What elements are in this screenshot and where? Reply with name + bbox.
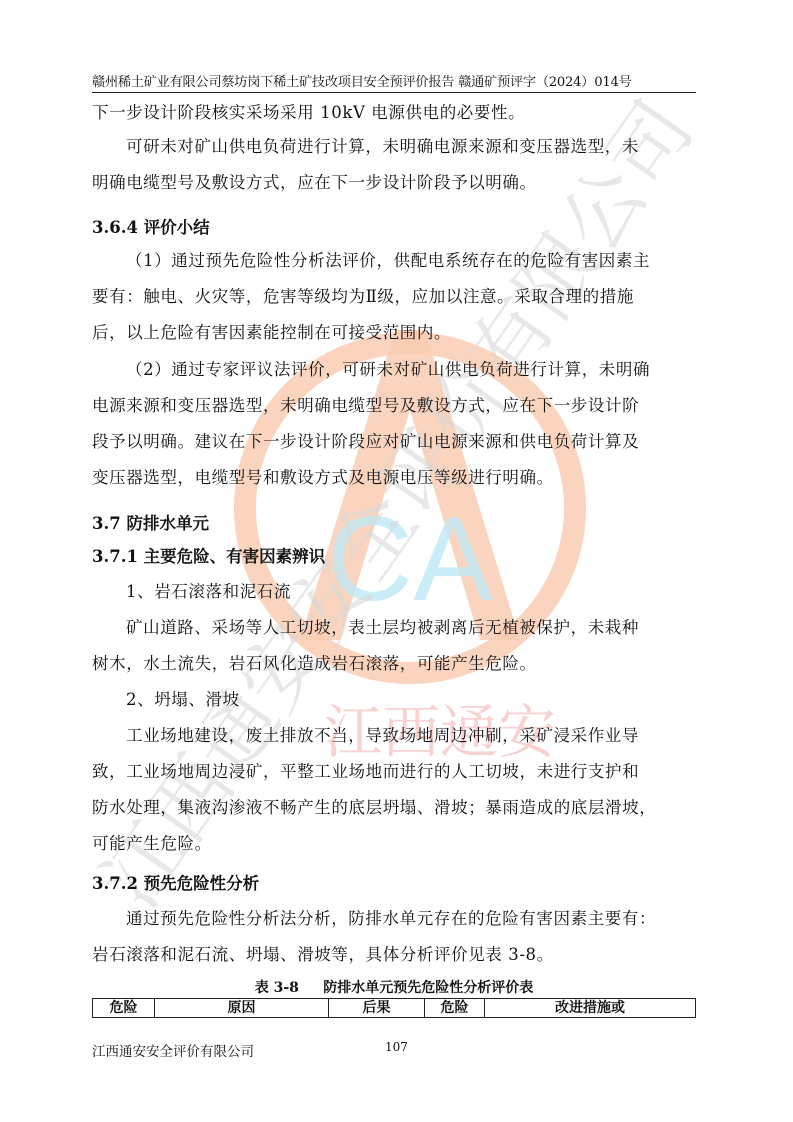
footer-company: 江西通安安全评价有限公司 (92, 1040, 254, 1060)
summary-item-1: 后，以上危险有害因素能控制在可接受范围内。 (92, 319, 451, 343)
paragraph-line: 岩石滚落和泥石流、坍塌、滑坡等，具体分析评价见表 3-8。 (92, 941, 554, 965)
section-heading-3-6-4: 3.6.4 评价小结 (92, 214, 210, 238)
table-caption: 表 3-8 防排水单元预先危险性分析评价表 (92, 977, 696, 997)
document-page: 赣州稀土矿业有限公司蔡坊岗下稀土矿技改项目安全预评价报告 赣通矿预评字（2024… (0, 0, 793, 1122)
page-number: 107 (385, 1040, 408, 1054)
table-header-row: 危险 原因 后果 危险 改进措施或 (93, 999, 696, 1018)
section-heading-3-7: 3.7 防排水单元 (92, 510, 209, 534)
paragraph-line: 下一步设计阶段核实采场采用 10kV 电源供电的必要性。 (92, 99, 525, 123)
paragraph-line: 防水处理，集液沟渗液不畅产生的底层坍塌、滑坡；暴雨造成的底层滑坡， (92, 794, 656, 818)
column-header-cause: 原因 (155, 999, 329, 1018)
section-heading-3-7-1: 3.7.1 主要危险、有害因素辨识 (92, 543, 325, 567)
paragraph-line: 明确电缆型号及敷设方式，应在下一步设计阶段予以明确。 (92, 169, 537, 193)
paragraph-line: 致，工业场地周边浸矿，平整工业场地而进行的人工切坡，未进行支护和 (92, 758, 639, 782)
running-header: 赣州稀土矿业有限公司蔡坊岗下稀土矿技改项目安全预评价报告 赣通矿预评字（2024… (92, 74, 696, 93)
column-header-measures: 改进措施或 (485, 999, 696, 1018)
hazard-title-2: 2、坍塌、滑坡 (126, 686, 240, 710)
paragraph-line: 可能产生危险。 (92, 830, 212, 854)
hazard-analysis-table: 危险 原因 后果 危险 改进措施或 (92, 998, 696, 1018)
column-header-hazard: 危险 (93, 999, 155, 1018)
column-header-consequence: 后果 (329, 999, 425, 1018)
hazard-title-1: 1、岩石滚落和泥石流 (126, 578, 291, 602)
paragraph-line: 可研未对矿山供电负荷进行计算，未明确电源来源和变压器选型，未 (126, 133, 639, 157)
paragraph-line: 矿山道路、采场等人工切坡，表土层均被剥离后无植被保护，未栽种 (126, 614, 639, 638)
column-header-hazard-level: 危险 (425, 999, 485, 1018)
summary-item-2: （2）通过专家评议法评价，可研未对矿山供电负荷进行计算，未明确 (126, 356, 650, 380)
summary-item-2: 电源来源和变压器选型，未明确电缆型号及敷设方式，应在下一步设计阶 (92, 392, 639, 416)
summary-item-2: 变压器选型，电缆型号和敷设方式及电源电压等级进行明确。 (92, 464, 554, 488)
summary-item-1: （1）通过预先危险性分析法评价，供配电系统存在的危险有害因素主 (126, 247, 650, 271)
section-heading-3-7-2: 3.7.2 预先危险性分析 (92, 870, 259, 894)
summary-item-1: 要有：触电、火灾等，危害等级均为Ⅱ级，应加以注意。采取合理的措施 (92, 283, 634, 307)
summary-item-2: 段予以明确。建议在下一步设计阶段应对矿山电源来源和供电负荷计算及 (92, 428, 639, 452)
paragraph-line: 树木，水土流失，岩石风化造成岩石滚落，可能产生危险。 (92, 650, 537, 674)
paragraph-line: 工业场地建设，废土排放不当，导致场地周边冲刷，采矿浸采作业导 (126, 722, 639, 746)
paragraph-line: 通过预先危险性分析法分析，防排水单元存在的危险有害因素主要有： (126, 905, 656, 929)
